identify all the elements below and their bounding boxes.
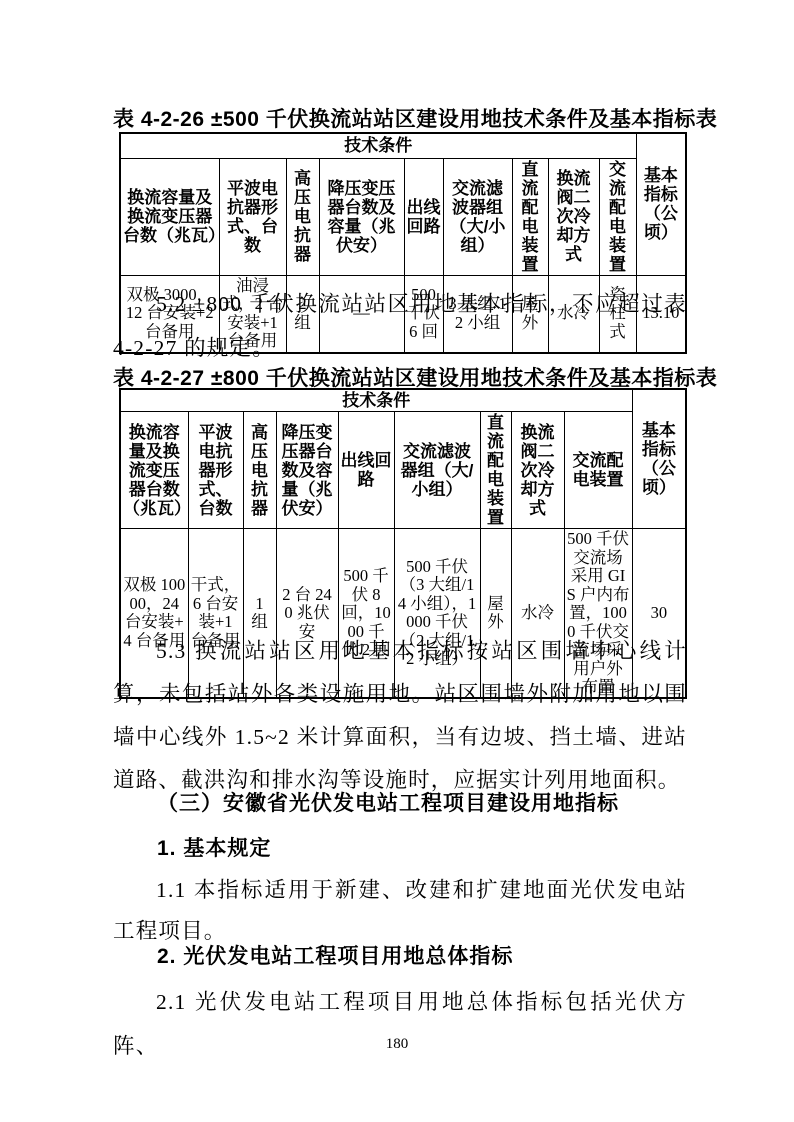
column-header: 交流滤波器组（大/小组）: [394, 412, 480, 529]
paragraph-2-1: 2.1 光伏发电站工程项目用地总体指标包括光伏方阵、: [113, 980, 687, 1068]
column-header: 平波电抗器形式、台数: [188, 412, 243, 529]
heading-section-3: （三）安徽省光伏发电站工程项目建设用地指标: [113, 787, 687, 817]
heading-basic-rules: 1. 基本规定: [113, 832, 687, 862]
column-header: 高压电抗器: [243, 412, 276, 529]
column-header: 出线回路: [404, 158, 443, 275]
tech-conditions-header: 技术条件: [120, 133, 636, 158]
page-number: 180: [0, 1036, 794, 1053]
paragraph-5-2: 5.2 ±800 千伏换流站站区用地基本指标，不应超过表 4-2-27 的规定。: [113, 282, 687, 370]
column-header: 交流滤波器组（大/小组）: [443, 158, 512, 275]
column-header: 降压变压器台数及容量（兆伏安）: [276, 412, 338, 529]
column-header: 降压变压器台数及容量（兆伏安）: [319, 158, 404, 275]
column-header: 直流配电装置: [480, 412, 511, 529]
column-header: 交流配电装置: [564, 412, 632, 529]
column-header: 换流阀二次冷却方式: [548, 158, 599, 275]
table-4-2-26-title: 表 4-2-26 ±500 千伏换流站站区建设用地技术条件及基本指标表: [113, 103, 687, 133]
column-header: 交流配电装置: [599, 158, 636, 275]
column-header: 平波电抗器形式、台数: [219, 158, 286, 275]
column-header: 出线回路: [338, 412, 394, 529]
document-page: 表 4-2-26 ±500 千伏换流站站区建设用地技术条件及基本指标表 技术条件…: [0, 0, 794, 1122]
column-header: 直流配电装置: [512, 158, 548, 275]
column-header: 换流容量及换流变压器台数（兆瓦）: [120, 412, 188, 529]
column-header: 换流阀二次冷却方式: [511, 412, 564, 529]
heading-overall-indicators: 2. 光伏发电站工程项目用地总体指标: [113, 940, 687, 970]
basic-indicator-header: 基本指标（公顷）: [636, 133, 686, 275]
column-header: 换流容量及换流变压器台数（兆瓦）: [120, 158, 219, 275]
basic-indicator-header: 基本指标（公顷）: [632, 389, 686, 529]
column-header: 高压电抗器: [286, 158, 319, 275]
tech-conditions-header: 技术条件: [120, 389, 632, 412]
paragraph-5-3: 5.3 换流站站区用地基本指标按站区围墙中心线计算，未包括站外各类设施用地。站区…: [113, 630, 687, 802]
